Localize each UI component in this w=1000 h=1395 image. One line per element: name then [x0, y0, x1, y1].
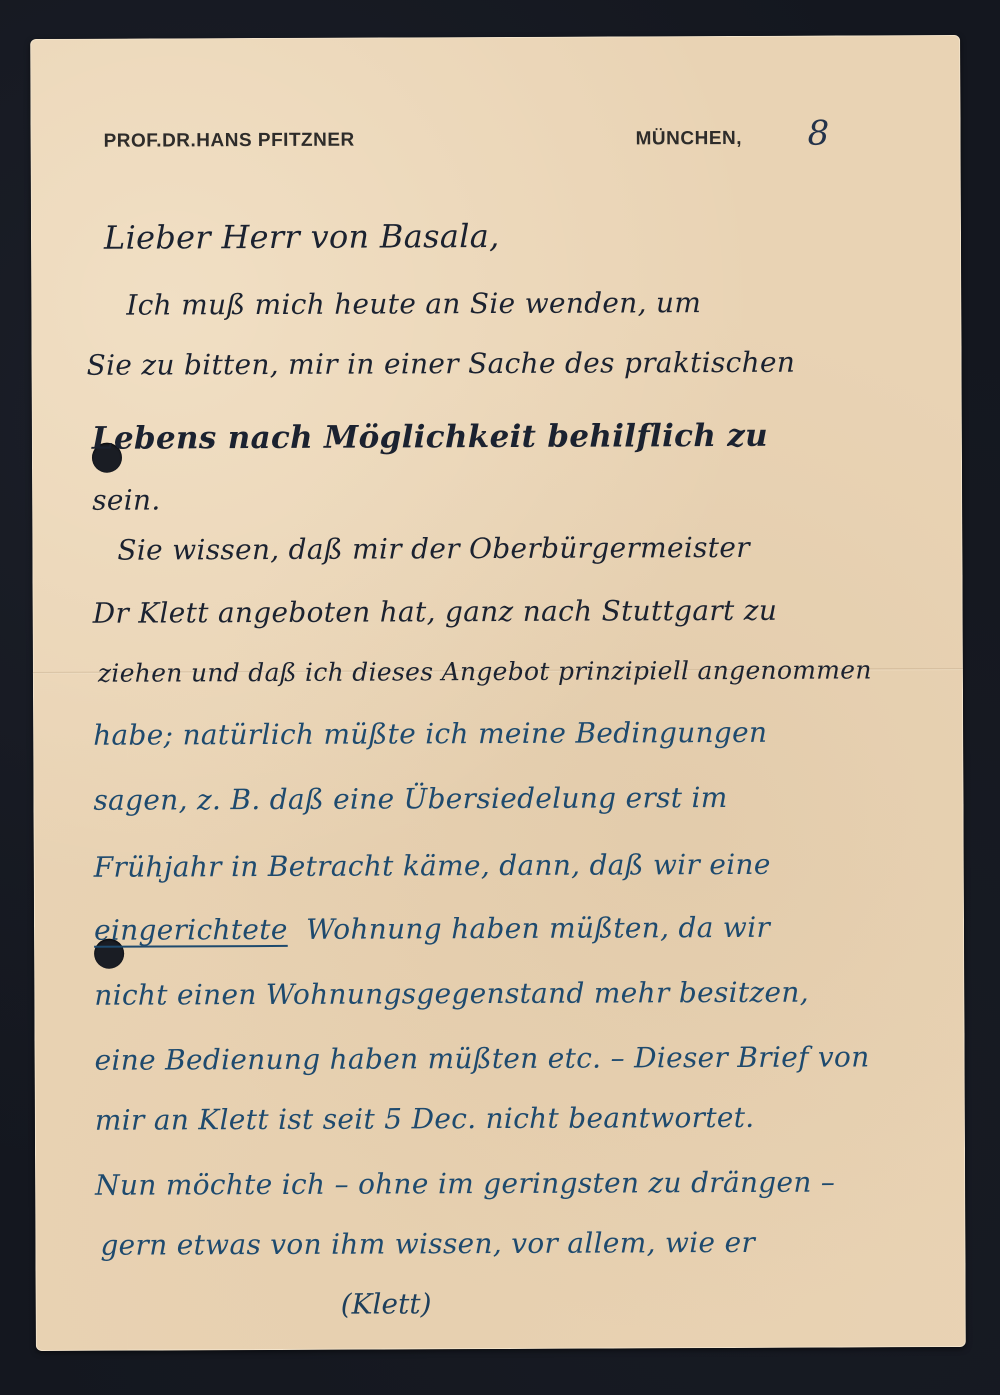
letter-line-13: eine Bedienung haben müßten etc. – Diese… — [95, 1040, 870, 1076]
letter-line-4: sein. — [92, 483, 160, 516]
letter-line-9: sagen, z. B. daß eine Übersiedelung erst… — [93, 781, 727, 817]
salutation: Lieber Herr von Basala, — [104, 217, 500, 257]
letter-line-2: Sie zu bitten, mir in einer Sache des pr… — [86, 346, 795, 382]
letter-line-7: ziehen und daß ich dieses Angebot prinzi… — [98, 655, 872, 687]
underlined-word-eingerichtete: eingerichtete — [94, 913, 288, 947]
letter-line-10: Frühjahr in Betracht käme, dann, daß wir… — [94, 848, 771, 884]
letter-line-11-rest: Wohnung haben müßten, da wir — [297, 911, 770, 946]
letterhead-place: MÜNCHEN, — [636, 128, 742, 150]
letterhead: PROF.DR.HANS PFITZNER MÜNCHEN, 8 — [104, 123, 901, 156]
letterhead-sender: PROF.DR.HANS PFITZNER — [104, 130, 355, 153]
letter-line-12: nicht einen Wohnungsgegenstand mehr besi… — [94, 976, 809, 1012]
letter-line-8: habe; natürlich müßte ich meine Bedingun… — [93, 716, 767, 752]
letter-line-16: gern etwas von ihm wissen, vor allem, wi… — [100, 1226, 755, 1262]
letter-line-1: Ich muß mich heute an Sie wenden, um — [126, 286, 701, 322]
marginal-annotation-klett: (Klett) — [341, 1287, 432, 1320]
letter-line-3: Lebens nach Möglichkeit behilflich zu — [92, 418, 768, 457]
letter-line-14: mir an Klett ist seit 5 Dec. nicht beant… — [95, 1101, 755, 1137]
letter-line-11: eingerichtete Wohnung haben müßten, da w… — [94, 911, 770, 947]
letter-line-5: Sie wissen, daß mir der Oberbürgermeiste… — [117, 531, 750, 567]
letter-body: Lieber Herr von Basala, Ich muß mich heu… — [86, 195, 946, 199]
handwritten-date: 8 — [807, 114, 829, 154]
letter-line-6: Dr Klett angeboten hat, ganz nach Stuttg… — [93, 594, 778, 630]
letter-line-15: Nun möchte ich – ohne im geringsten zu d… — [95, 1166, 835, 1202]
letter-paper: PROF.DR.HANS PFITZNER MÜNCHEN, 8 Lieber … — [30, 35, 966, 1351]
